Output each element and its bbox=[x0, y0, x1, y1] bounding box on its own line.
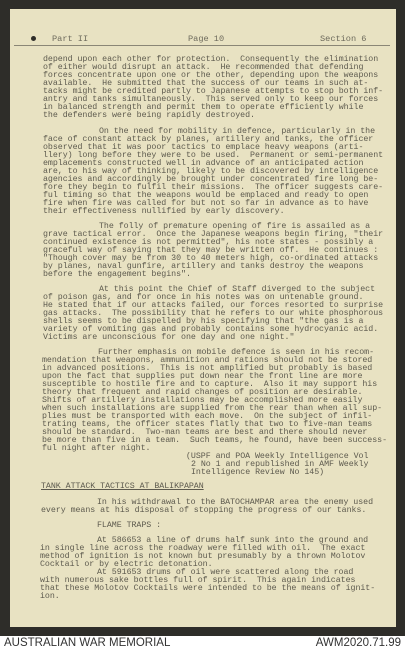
header-part: Part II bbox=[52, 35, 88, 43]
text-line: ful night after night. bbox=[42, 445, 150, 453]
text-line: ion. bbox=[40, 593, 60, 601]
text-line: before the engagement begins". bbox=[43, 271, 191, 279]
punch-hole bbox=[31, 36, 36, 41]
institution-caption: AUSTRALIAN WAR MEMORIAL bbox=[4, 637, 170, 649]
section-heading: TANK ATTACK TACTICS AT BALIKPAPAN bbox=[41, 483, 204, 491]
header-rule bbox=[14, 45, 390, 46]
text-line: Victims are unconscious for one day and … bbox=[43, 334, 294, 342]
text-line: the defenders were being rapidly destroy… bbox=[43, 112, 255, 120]
scan-frame: Part II Page 10 Section 6 depend upon ea… bbox=[0, 0, 405, 636]
document-page: Part II Page 10 Section 6 depend upon ea… bbox=[10, 9, 396, 627]
text-line: their effectiveness nullified by early d… bbox=[43, 208, 285, 216]
subheading: FLAME TRAPS : bbox=[97, 522, 161, 530]
citation-line: Intelligence Review No 145) bbox=[191, 469, 324, 477]
reference-caption: AWM2020.71.99 bbox=[316, 637, 401, 649]
header-page: Page 10 bbox=[188, 35, 224, 43]
text-line: that these Molotov Cocktails were intend… bbox=[40, 585, 375, 593]
text-line: every means at his disposal of stopping … bbox=[41, 507, 366, 515]
header-section: Section 6 bbox=[320, 35, 366, 43]
